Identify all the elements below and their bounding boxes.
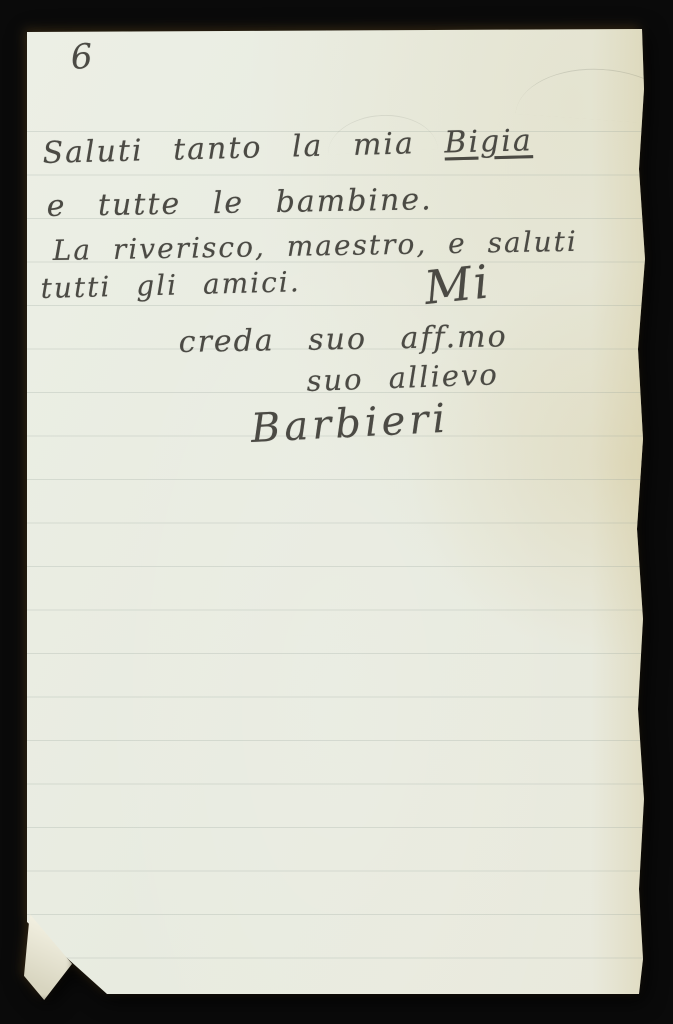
handwritten-line: creda suo aff.mo (178, 322, 507, 358)
handwritten-line: Saluti tanto la mia Bigia (42, 126, 533, 169)
stray-pencil-mark (515, 63, 673, 126)
handwritten-line: suo allievo (306, 360, 499, 396)
handwritten-line: La riverisco, maestro, e saluti (53, 228, 579, 265)
paper-sheet: 6 Saluti tanto la mia Bigia e tutte le b… (27, 29, 646, 996)
page-number: 6 (70, 40, 94, 75)
handwritten-line: tutti gli amici. (40, 268, 301, 303)
underlined-word: Bigia (444, 123, 533, 160)
letter-page: 6 Saluti tanto la mia Bigia e tutte le b… (27, 29, 646, 996)
scan-background: 6 Saluti tanto la mia Bigia e tutte le b… (0, 0, 673, 1024)
handwritten-text: Saluti tanto la mia (42, 126, 415, 171)
handwritten-line: e tutte le bambine. (46, 185, 432, 222)
signature: Barbieri (250, 399, 450, 449)
handwritten-word: Mi (422, 258, 492, 311)
